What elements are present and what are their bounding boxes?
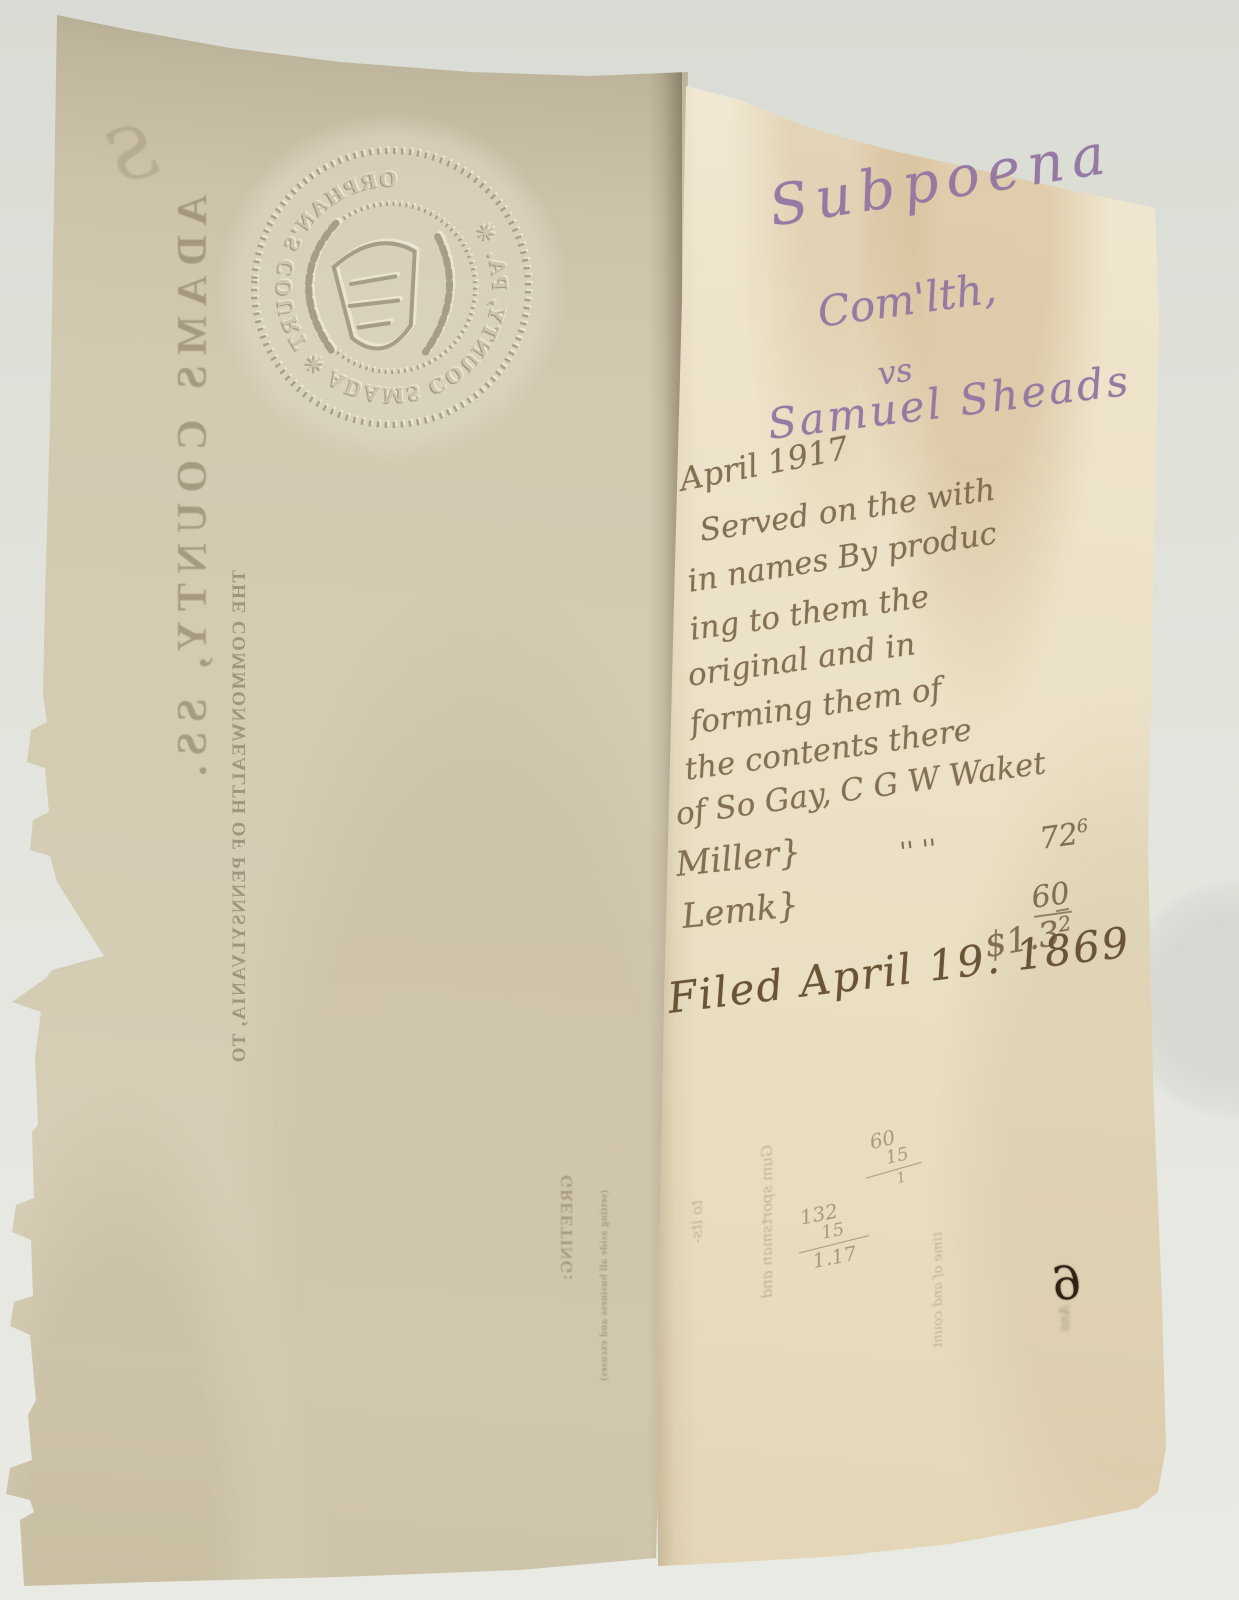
pencil-calculation-2: 132 15 1.17 (790, 1196, 873, 1274)
showthrough-note-2: Gum sportsman and (760, 1145, 775, 1299)
torn-paper-flap (50, 884, 106, 976)
faint-ink-swirl: S (99, 107, 167, 200)
fee-amount-1-fraction: 6 (1075, 815, 1089, 837)
fee-ditto-marks: '' '' (899, 836, 938, 866)
photo-of-folded-document: ORPHAN'S COURT ✳ ADAMS COUNTY, PA. ✳ ORP… (0, 0, 1239, 1600)
fee-amount-1-value: 72 (1038, 817, 1081, 857)
showthrough-note-3: time of and count (932, 1232, 945, 1348)
pencil-1-mid: 15 (884, 1143, 921, 1169)
seal-legend-text: ORPHAN'S COURT ✳ ADAMS COUNTY, PA. ✳ ORP… (263, 158, 521, 416)
showthrough-commonwealth-line: THE COMMONWEALTH OF PENNSYLVANIA, TO (230, 570, 249, 1064)
left-page-form-verso: ORPHAN'S COURT ✳ ADAMS COUNTY, PA. ✳ ORP… (0, 0, 700, 1600)
ink-smudge-ansd: Ans (1058, 1305, 1072, 1331)
svg-text:ORPHAN'S COURT ✳ ADAMS COUNTY,: ORPHAN'S COURT ✳ ADAMS COUNTY, PA. ✳ (263, 161, 518, 416)
svg-text:ORPHAN'S COURT ✳ ADAMS COUNTY,: ORPHAN'S COURT ✳ ADAMS COUNTY, PA. ✳ (266, 158, 521, 413)
svg-text:ORPHAN'S COURT ✳ ADAMS COUNTY,: ORPHAN'S COURT ✳ ADAMS COUNTY, PA. ✳ (265, 159, 520, 414)
showthrough-excuses-line: (setting aside all business and excuses) (600, 1190, 611, 1381)
seal-coat-of-arms (305, 220, 455, 360)
showthrough-adams-county-ss: ADAMS COUNTY, SS. (172, 195, 214, 786)
embossed-orphans-court-seal: ORPHAN'S COURT ✳ ADAMS COUNTY, PA. ✳ ORP… (234, 129, 549, 444)
showthrough-note-1: to its- (690, 1200, 705, 1243)
showthrough-greeting: GREETING: (558, 1175, 575, 1281)
